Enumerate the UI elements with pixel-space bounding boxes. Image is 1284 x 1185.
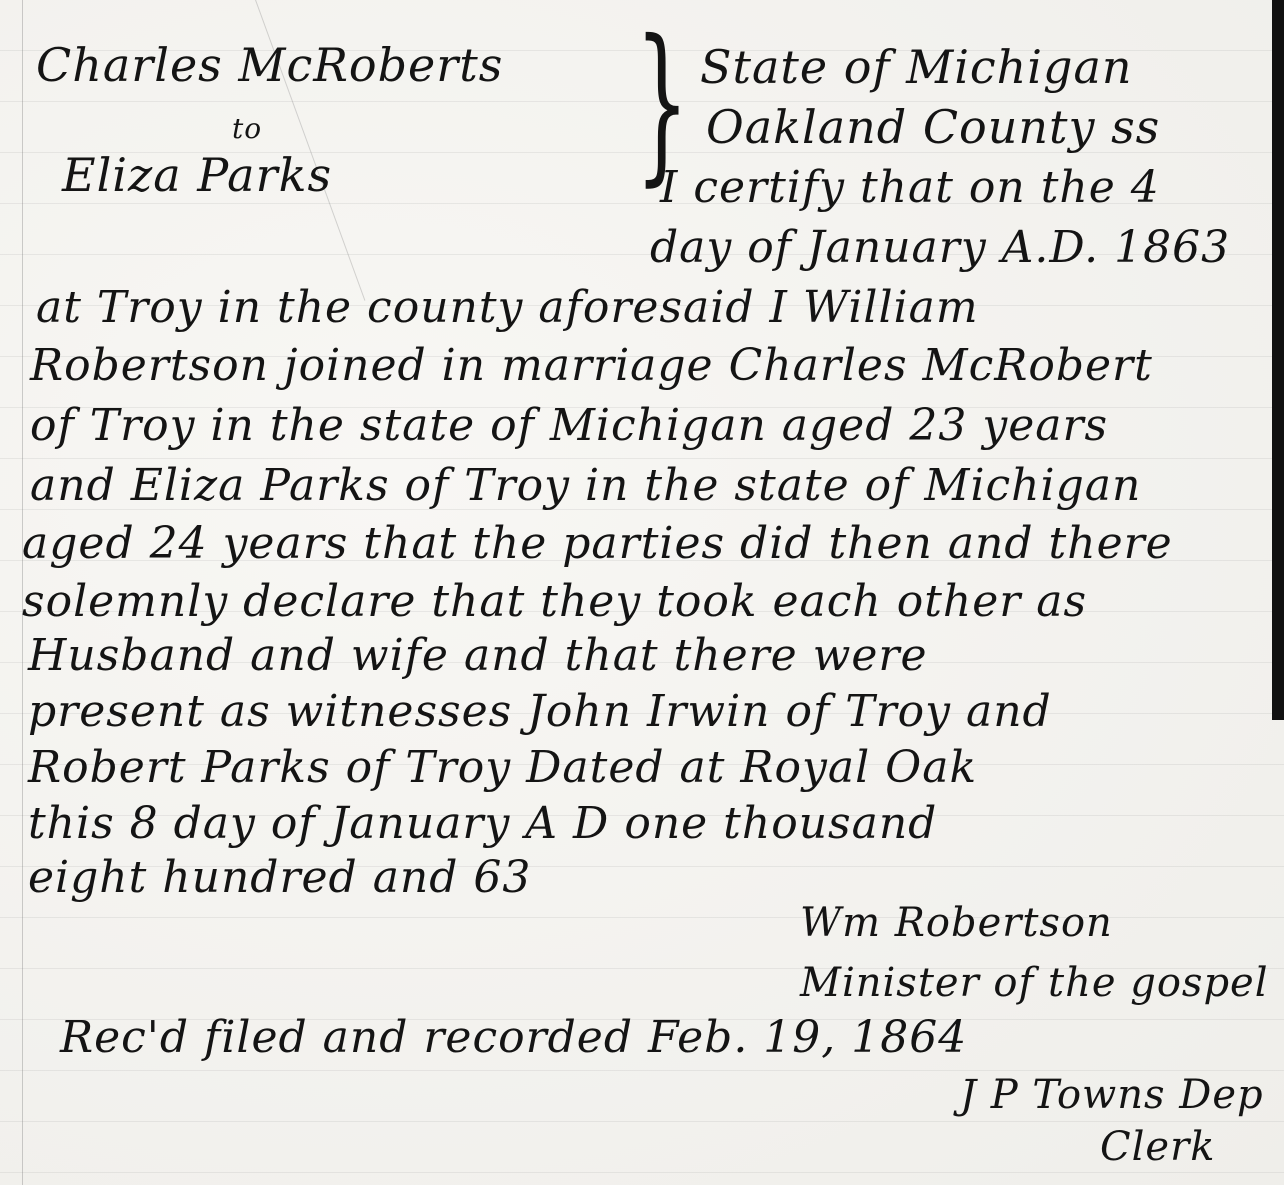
officiant-signature: Wm Robertson — [800, 900, 1113, 946]
body-line-4: Robertson joined in marriage Charles McR… — [30, 340, 1153, 391]
document-page: Charles McRoberts to Eliza Parks } State… — [0, 0, 1284, 1185]
clerk-title: Clerk — [1100, 1124, 1215, 1170]
caption-connector: to — [232, 112, 262, 145]
body-line-13: eight hundred and 63 — [28, 852, 531, 903]
body-line-10: present as witnesses John Irwin of Troy … — [28, 686, 1052, 737]
venue-county: Oakland County ss — [706, 100, 1160, 154]
officiant-title: Minister of the gospel — [800, 960, 1269, 1006]
body-line-5: of Troy in the state of Michigan aged 23… — [30, 400, 1108, 451]
body-line-9: Husband and wife and that there were — [28, 630, 927, 681]
caption-groom: Charles McRoberts — [36, 38, 503, 92]
venue-state: State of Michigan — [700, 40, 1133, 94]
body-line-7: aged 24 years that the parties did then … — [22, 518, 1173, 569]
body-line-11: Robert Parks of Troy Dated at Royal Oak — [28, 742, 977, 793]
scan-edge-shadow — [1272, 0, 1284, 720]
clerk-signature: J P Towns Dep — [960, 1072, 1264, 1118]
body-line-3: at Troy in the county aforesaid I Willia… — [36, 282, 979, 333]
body-line-1: I certify that on the 4 — [660, 162, 1160, 213]
body-line-8: solemnly declare that they took each oth… — [22, 576, 1087, 627]
recording-line: Rec'd filed and recorded Feb. 19, 1864 — [60, 1012, 967, 1063]
caption-bride: Eliza Parks — [62, 148, 332, 202]
body-line-6: and Eliza Parks of Troy in the state of … — [30, 460, 1141, 511]
body-line-2: day of January A.D. 1863 — [650, 222, 1230, 273]
body-line-12: this 8 day of January A D one thousand — [28, 798, 937, 849]
